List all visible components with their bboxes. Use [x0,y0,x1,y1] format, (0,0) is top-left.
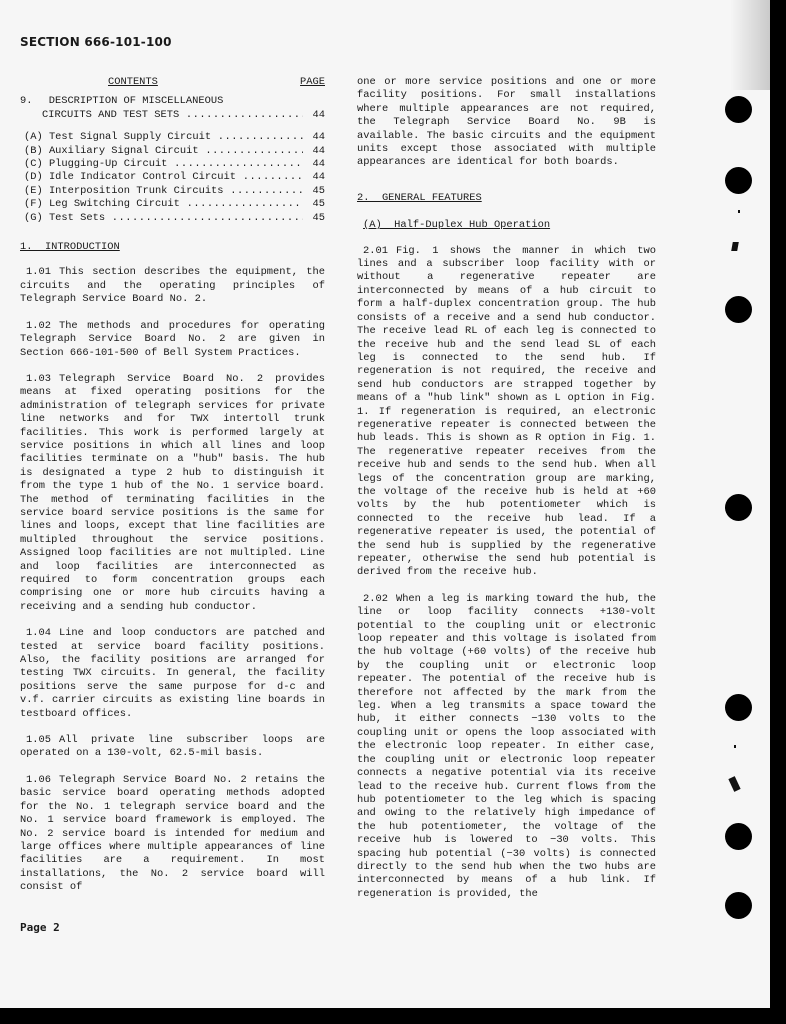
toc-entry: (A) Test Signal Supply Circuit 44 [24,131,325,144]
paragraph-1-06-continued: one or more service positions and one or… [357,76,656,170]
toc-main-number: 9. [20,95,32,107]
paragraph-text: This section describes the equipment, th… [20,266,325,305]
toc-main-page: 44 [303,109,325,122]
toc-entry-page: 45 [303,212,325,225]
toc-entry-label: (B) Auxiliary Signal Circuit [24,145,303,158]
toc-entry-page: 44 [303,171,325,184]
paragraph-number: 2.01 [363,245,388,257]
toc-main-line2: CIRCUITS AND TEST SETS [42,109,303,122]
paragraph-2-01: 2.01Fig. 1 shows the manner in which two… [357,245,656,580]
toc-entry: (B) Auxiliary Signal Circuit 44 [24,145,325,158]
contents-title: CONTENTS [108,76,158,89]
paragraph-text: Telegraph Service Board No. 2 provides m… [20,373,325,613]
paragraph-2-02: 2.02When a leg is marking toward the hub… [357,593,656,901]
binder-hole-icon [725,167,752,194]
paragraph-text: All private line subscriber loops are op… [20,734,325,759]
toc-entries: (A) Test Signal Supply Circuit 44 (B) Au… [20,131,325,225]
section-heading-general-features: 2. GENERAL FEATURES [357,192,656,205]
section-heading-introduction: 1. INTRODUCTION [20,241,325,254]
toc-entry: (F) Leg Switching Circuit 45 [24,198,325,211]
binder-hole-icon [725,494,752,521]
toc-entry-label: (A) Test Signal Supply Circuit [24,131,303,144]
toc-main-line1: DESCRIPTION OF MISCELLANEOUS [49,95,224,107]
toc-entry-label: (F) Leg Switching Circuit [24,198,303,211]
paragraph-number: 1.02 [26,320,51,332]
paragraph-number: 1.03 [26,373,51,385]
binder-hole-icon [725,96,752,123]
paragraph-1-02: 1.02The methods and procedures for opera… [20,320,325,360]
paragraph-text: Telegraph Service Board No. 2 retains th… [20,774,325,893]
toc-entry-label: (G) Test Sets [24,212,303,225]
paragraph-1-04: 1.04Line and loop conductors are patched… [20,627,325,721]
toc-entry-page: 44 [303,158,325,171]
toc-entry-page: 45 [303,185,325,198]
binder-hole-icon [725,694,752,721]
document-page: SECTION 666-101-100 CONTENTS PAGE 9. DES… [0,0,770,1008]
paragraph-text: The methods and procedures for operating… [20,320,325,359]
toc-entry-label: (D) Idle Indicator Control Circuit [24,171,303,184]
right-column: one or more service positions and one or… [357,76,656,914]
binder-hole-icon [725,892,752,919]
contents-page-label: PAGE [300,76,325,89]
scan-speck [738,210,740,213]
binder-hole-icon [725,296,752,323]
toc-entry-label: (C) Plugging-Up Circuit [24,158,303,171]
toc-entry-page: 44 [303,145,325,158]
paragraph-number: 2.02 [363,593,388,605]
paragraph-number: 1.06 [26,774,51,786]
toc-entry-page: 45 [303,198,325,211]
toc-entry-label: (E) Interposition Trunk Circuits [24,185,303,198]
toc-entry: (G) Test Sets 45 [24,212,325,225]
paragraph-text: Line and loop conductors are patched and… [20,627,325,719]
toc-main-entry: 9. DESCRIPTION OF MISCELLANEOUS CIRCUITS… [20,95,325,122]
section-number: SECTION 666-101-100 [20,36,172,49]
paragraph-1-05: 1.05All private line subscriber loops ar… [20,734,325,761]
toc-entry: (C) Plugging-Up Circuit 44 [24,158,325,171]
paragraph-number: 1.04 [26,627,51,639]
paragraph-1-03: 1.03Telegraph Service Board No. 2 provid… [20,373,325,614]
binder-hole-icon [725,823,752,850]
subsection-heading-half-duplex: (A) Half-Duplex Hub Operation [363,219,656,232]
toc-entry: (E) Interposition Trunk Circuits 45 [24,185,325,198]
paragraph-1-01: 1.01This section describes the equipment… [20,266,325,306]
toc-entry-page: 44 [303,131,325,144]
scan-speck [731,242,739,251]
paragraph-number: 1.05 [26,734,51,746]
paragraph-text: Fig. 1 shows the manner in which two lin… [357,245,656,579]
paragraph-text: When a leg is marking toward the hub, th… [357,593,656,900]
left-column: CONTENTS PAGE 9. DESCRIPTION OF MISCELLA… [20,76,325,908]
contents-header: CONTENTS PAGE [20,76,325,89]
scan-speck [728,776,740,792]
paragraph-number: 1.01 [26,266,51,278]
page-number: Page 2 [20,921,60,934]
paragraph-1-06: 1.06Telegraph Service Board No. 2 retain… [20,774,325,895]
scan-speck [734,745,736,748]
toc-entry: (D) Idle Indicator Control Circuit 44 [24,171,325,184]
